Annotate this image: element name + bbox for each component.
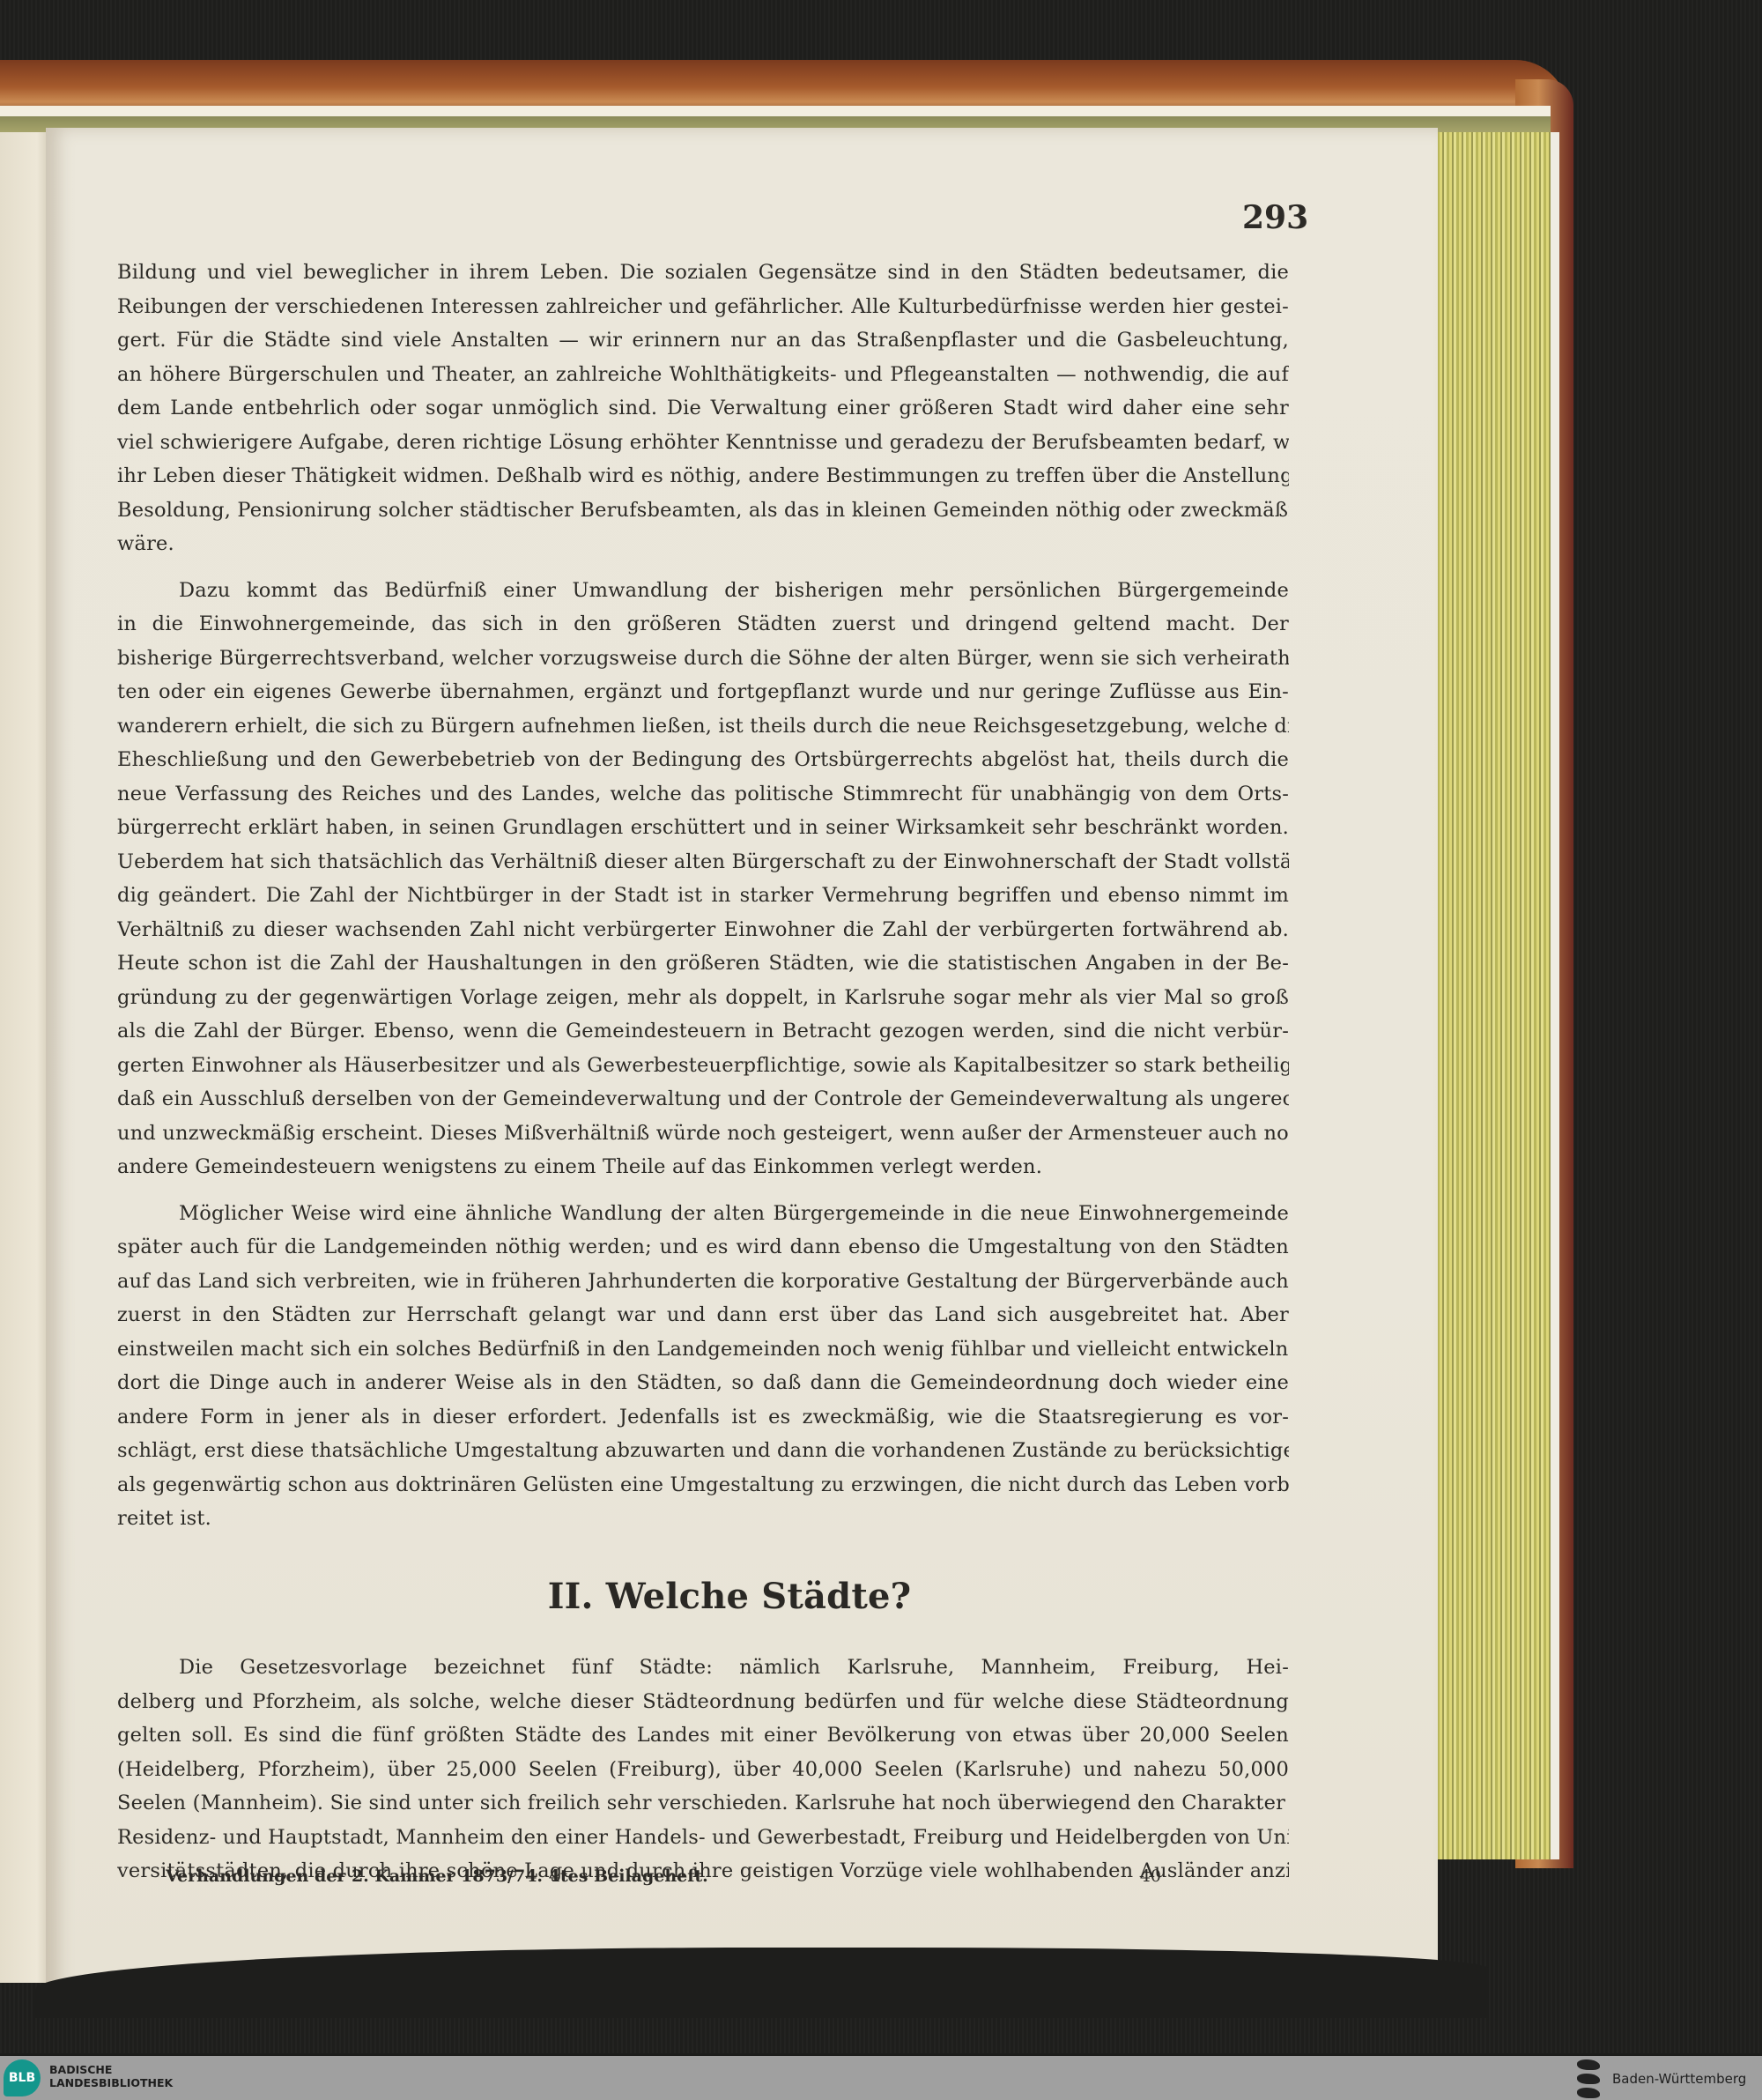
paragraph-1: Bildung und viel beweglicher in ihrem Le… — [117, 256, 1289, 561]
library-name-line2: LANDESBIBLIOTHEK — [49, 2076, 173, 2089]
text-line: bisherige Bürgerrechtsverband, welcher v… — [117, 642, 1289, 676]
text-line: (Heidelberg, Pforzheim), über 25,000 See… — [117, 1753, 1289, 1787]
footer-signature-number: 40 — [1140, 1866, 1161, 1886]
text-line: in die Einwohnergemeinde, das sich in de… — [117, 607, 1289, 642]
text-line: Die Gesetzesvorlage bezeichnet fünf Städ… — [117, 1651, 1289, 1685]
text-line: Reibungen der verschiedenen Interessen z… — [117, 290, 1289, 324]
page-footer: Verhandlungen der 2. Kammer 1873/74. 4te… — [166, 1866, 1161, 1886]
state-name[interactable]: Baden-Württemberg — [1612, 2071, 1746, 2087]
facing-page-edge — [0, 132, 53, 1983]
text-line: ten oder ein eigenes Gewerbe übernahmen,… — [117, 675, 1289, 709]
text-line: bürgerrecht erklärt haben, in seinen Gru… — [117, 811, 1289, 845]
library-name[interactable]: BADISCHE LANDESBIBLIOTHEK — [49, 2063, 173, 2089]
text-line: Bildung und viel beweglicher in ihrem Le… — [117, 256, 1289, 290]
footer-publication: Verhandlungen der 2. Kammer 1873/74. 4te… — [166, 1866, 708, 1886]
text-line: gründung zu der gegenwärtigen Vorlage ze… — [117, 981, 1289, 1015]
text-line: später auch für die Landgemeinden nöthig… — [117, 1230, 1289, 1265]
text-line: andere Gemeindesteuern wenigstens zu ein… — [117, 1150, 1289, 1184]
text-line: einstweilen macht sich ein solches Bedür… — [117, 1332, 1289, 1367]
text-line: daß ein Ausschluß derselben von der Geme… — [117, 1082, 1289, 1117]
text-line: Eheschließung und den Gewerbebetrieb von… — [117, 743, 1289, 777]
paragraph-3: Möglicher Weise wird eine ähnliche Wandl… — [117, 1197, 1289, 1536]
library-name-line1: BADISCHE — [49, 2063, 173, 2076]
page-body: Bildung und viel beweglicher in ihrem Le… — [117, 256, 1289, 1889]
text-line: Verhältniß zu dieser wachsenden Zahl nic… — [117, 913, 1289, 947]
text-line: gelten soll. Es sind die fünf größten St… — [117, 1718, 1289, 1753]
baden-wuerttemberg-lions-icon — [1577, 2059, 1600, 2098]
page-block-fore-edge — [1427, 132, 1559, 1859]
section-heading: II. Welche Städte? — [117, 1580, 1289, 1614]
text-line: Ueberdem hat sich thatsächlich das Verhä… — [117, 845, 1289, 879]
text-line: wäre. — [117, 527, 1289, 561]
text-line: Seelen (Mannheim). Sie sind unter sich f… — [117, 1786, 1289, 1821]
text-line: an höhere Bürgerschulen und Theater, an … — [117, 358, 1289, 392]
text-line: andere Form in jener als in dieser erfor… — [117, 1400, 1289, 1435]
page-number: 293 — [1242, 199, 1308, 236]
text-line: dem Lande entbehrlich oder sogar unmögli… — [117, 391, 1289, 426]
text-line: gerten Einwohner als Häuserbesitzer und … — [117, 1049, 1289, 1083]
text-line: als die Zahl der Bürger. Ebenso, wenn di… — [117, 1014, 1289, 1049]
paragraph-2: Dazu kommt das Bedürfniß einer Umwandlun… — [117, 574, 1289, 1184]
text-line: Dazu kommt das Bedürfniß einer Umwandlun… — [117, 574, 1289, 608]
text-line: Möglicher Weise wird eine ähnliche Wandl… — [117, 1197, 1289, 1231]
text-line: dort die Dinge auch in anderer Weise als… — [117, 1366, 1289, 1400]
text-line: auf das Land sich verbreiten, wie in frü… — [117, 1265, 1289, 1299]
text-line: und unzweckmäßig erscheint. Dieses Mißve… — [117, 1117, 1289, 1151]
text-line: viel schwierigere Aufgabe, deren richtig… — [117, 426, 1289, 460]
text-line: reitet ist. — [117, 1502, 1289, 1536]
text-line: ihr Leben dieser Thätigkeit widmen. Deßh… — [117, 459, 1289, 493]
text-line: Besoldung, Pensionirung solcher städtisc… — [117, 493, 1289, 528]
text-line: zuerst in den Städten zur Herrschaft gel… — [117, 1298, 1289, 1332]
text-line: neue Verfassung des Reiches und des Land… — [117, 777, 1289, 812]
viewer-bottom-bar — [0, 2056, 1762, 2100]
text-line: schlägt, erst diese thatsächliche Umgest… — [117, 1434, 1289, 1468]
blb-logo-icon[interactable]: BLB — [4, 2059, 41, 2096]
section-paragraph: Die Gesetzesvorlage bezeichnet fünf Städ… — [117, 1651, 1289, 1889]
text-line: Residenz- und Hauptstadt, Mannheim den e… — [117, 1821, 1289, 1855]
text-line: dig geändert. Die Zahl der Nichtbürger i… — [117, 879, 1289, 913]
text-line: delberg und Pforzheim, als solche, welch… — [117, 1685, 1289, 1719]
text-line: als gegenwärtig schon aus doktrinären Ge… — [117, 1468, 1289, 1503]
text-line: gert. Für die Städte sind viele Anstalte… — [117, 323, 1289, 358]
text-line: wanderern erhielt, die sich zu Bürgern a… — [117, 709, 1289, 744]
text-line: Heute schon ist die Zahl der Haushaltung… — [117, 946, 1289, 981]
